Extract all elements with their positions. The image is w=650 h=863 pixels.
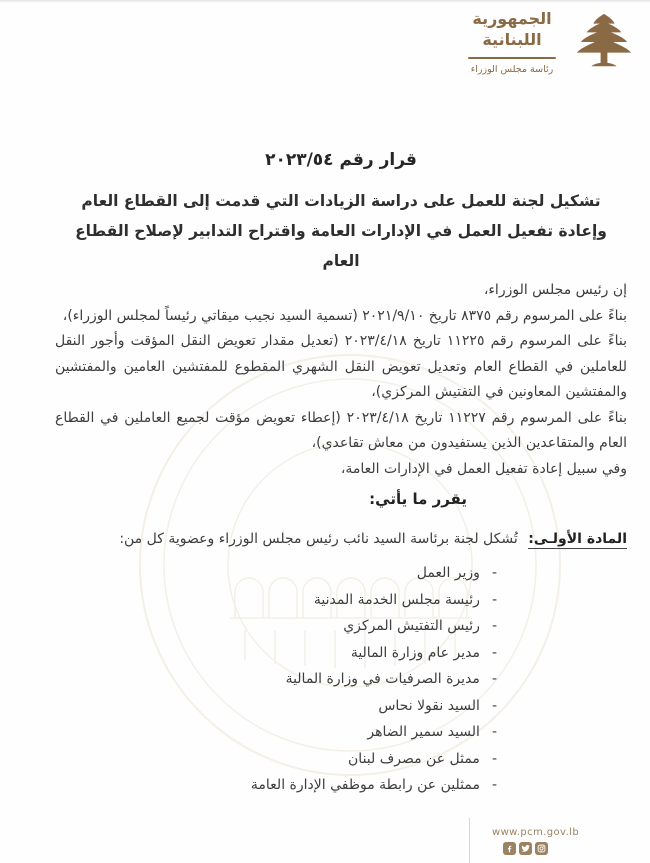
decision-subject-line1: تشكيل لجنة للعمل على دراسة الزيادات التي… <box>55 186 627 216</box>
list-item: - ممثلين عن رابطة موظفي الإدارة العامة <box>55 772 497 799</box>
list-item: - مديرة الصرفيات في وزارة المالية <box>55 666 497 693</box>
member-name: رئيس التفتيش المركزي <box>343 613 480 640</box>
member-name: مديرة الصرفيات في وزارة المالية <box>286 666 480 693</box>
article-one-line: المادة الأولـى: تُشكل لجنة برئاسة السيد … <box>55 526 627 552</box>
committee-member-list: - وزير العمل - رئيسة مجلس الخدمة المدنية… <box>55 560 627 799</box>
presidency-council-ministers-label: رئاسة مجلس الوزراء <box>464 64 560 75</box>
list-dash-marker: - <box>492 640 497 667</box>
recital-decree-11225: بناءً على المرسوم رقم ١١٢٢٥ تاريخ ٢٠٢٣/٤… <box>55 329 627 406</box>
republic-name-line1: الجمهورية <box>464 8 560 29</box>
list-item: - رئيسة مجلس الخدمة المدنية <box>55 587 497 614</box>
decision-number-title: قرار رقم ٢٠٢٣/٥٤ <box>55 148 627 172</box>
page-footer: www.pcm.gov.lb <box>469 818 650 863</box>
list-dash-marker: - <box>492 693 497 720</box>
list-dash-marker: - <box>492 613 497 640</box>
cedar-tree-icon <box>572 12 636 76</box>
list-dash-marker: - <box>492 587 497 614</box>
member-name: ممثل عن مصرف لبنان <box>348 746 480 773</box>
document-header: الجمهورية اللبنانية رئاسة مجلس الوزراء <box>464 8 636 76</box>
list-item: - السيد سمير الضاهر <box>55 719 497 746</box>
twitter-icon[interactable] <box>519 842 532 855</box>
member-name: مدير عام وزارة المالية <box>351 640 480 667</box>
list-item: - رئيس التفتيش المركزي <box>55 613 497 640</box>
list-dash-marker: - <box>492 746 497 773</box>
instagram-icon[interactable] <box>535 842 548 855</box>
recital-decree-11227: بناءً على المرسوم رقم ١١٢٢٧ تاريخ ٢٠٢٣/٤… <box>55 406 627 457</box>
article-one-text: تُشكل لجنة برئاسة السيد نائب رئيس مجلس ا… <box>119 531 517 547</box>
list-dash-marker: - <box>492 666 497 693</box>
social-icons-row <box>503 842 650 855</box>
member-name: ممثلين عن رابطة موظفي الإدارة العامة <box>251 772 480 799</box>
lebanese-republic-calligraphy: الجمهورية اللبنانية رئاسة مجلس الوزراء <box>464 8 560 75</box>
header-divider-rule <box>468 57 556 59</box>
preamble-prime-minister-line: إن رئيس مجلس الوزراء، <box>55 278 627 304</box>
decision-document-page: الجمهورية اللبنانية رئاسة مجلس الوزراء ق… <box>0 0 650 863</box>
list-dash-marker: - <box>492 719 497 746</box>
list-item: - مدير عام وزارة المالية <box>55 640 497 667</box>
member-name: السيد سمير الضاهر <box>367 719 480 746</box>
decision-subject-line2: وإعادة تفعيل العمل في الإدارات العامة وا… <box>55 216 627 276</box>
article-one-label: المادة الأولـى: <box>528 531 627 549</box>
list-item: - السيد نقولا نحاس <box>55 693 497 720</box>
decision-body: إن رئيس مجلس الوزراء، بناءً على المرسوم … <box>55 278 627 799</box>
recital-decree-8375: بناءً على المرسوم رقم ٨٣٧٥ تاريخ ٢٠٢١/٩/… <box>55 304 627 330</box>
member-name: وزير العمل <box>417 560 480 587</box>
facebook-icon[interactable] <box>503 842 516 855</box>
republic-name-line2: اللبنانية <box>464 29 560 50</box>
page-top-edge <box>0 0 650 3</box>
list-dash-marker: - <box>492 772 497 799</box>
list-item: - وزير العمل <box>55 560 497 587</box>
list-dash-marker: - <box>492 560 497 587</box>
member-name: السيد نقولا نحاس <box>378 693 480 720</box>
member-name: رئيسة مجلس الخدمة المدنية <box>314 587 480 614</box>
decree-intro-line: يقرر ما يأتي: <box>55 486 627 512</box>
pcm-website-link[interactable]: www.pcm.gov.lb <box>492 827 650 838</box>
list-item: - ممثل عن مصرف لبنان <box>55 746 497 773</box>
purpose-line: وفي سبيل إعادة تفعيل العمل في الإدارات ا… <box>55 457 627 483</box>
title-block: قرار رقم ٢٠٢٣/٥٤ تشكيل لجنة للعمل على در… <box>55 148 627 276</box>
